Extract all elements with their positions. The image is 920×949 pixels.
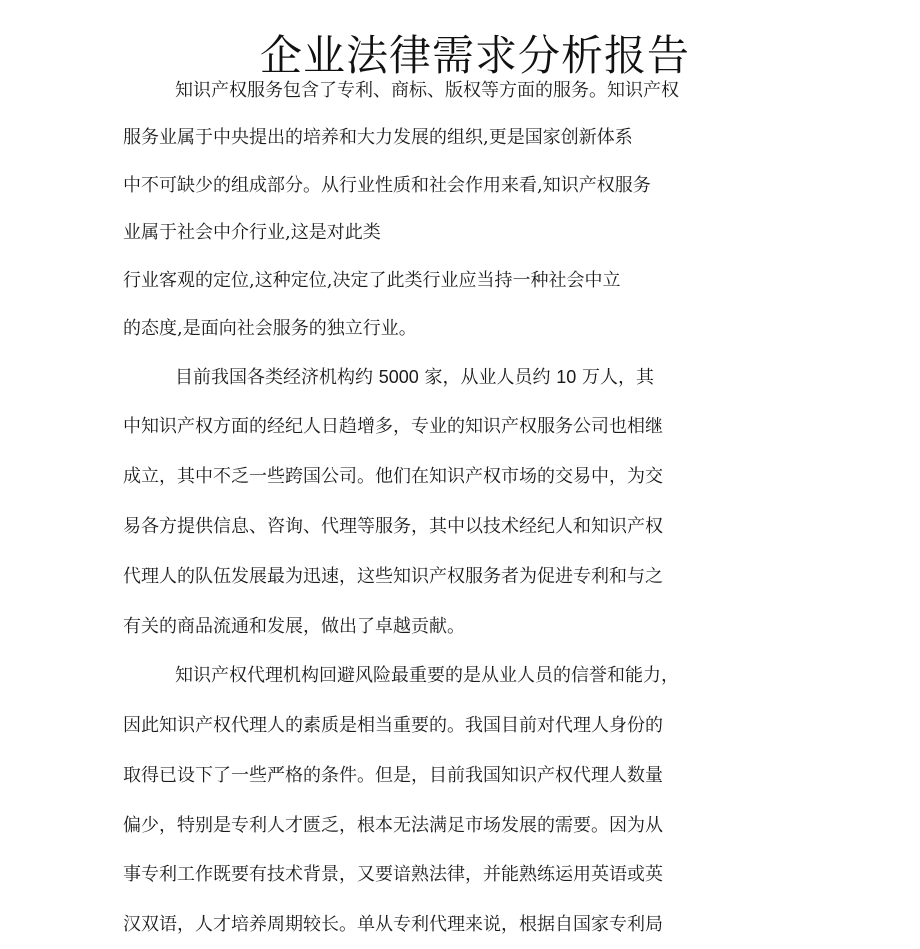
paragraph-1-line-6: 的态度,是面向社会服务的独立行业。 bbox=[123, 318, 417, 340]
document-page: 企业法律需求分析报告 知识产权服务包含了专利、商标、版权等方面的服务。知识产权 … bbox=[0, 0, 920, 949]
paragraph-2-line-4: 易各方提供信息、咨询、代理等服务，其中以技术经纪人和知识产权 bbox=[123, 516, 663, 538]
paragraph-1-line-5: 行业客观的定位,这种定位,决定了此类行业应当持一种社会中立 bbox=[123, 270, 620, 292]
paragraph-2-line-1: 目前我国各类经济机构约 5000 家，从业人员约 10 万人，其 bbox=[175, 366, 654, 389]
paragraph-2-line-2: 中知识产权方面的经纪人日趋增多，专业的知识产权服务公司也相继 bbox=[123, 416, 663, 438]
paragraph-1-line-1: 知识产权服务包含了专利、商标、版权等方面的服务。知识产权 bbox=[175, 80, 679, 102]
paragraph-2-line-3: 成立，其中不乏一些跨国公司。他们在知识产权市场的交易中，为交 bbox=[123, 466, 663, 488]
paragraph-3-line-3: 取得已设下了一些严格的条件。但是，目前我国知识产权代理人数量 bbox=[123, 765, 663, 787]
paragraph-1-line-3: 中不可缺少的组成部分。从行业性质和社会作用来看,知识产权服务 bbox=[123, 175, 651, 197]
paragraph-1-line-2: 服务业属于中央提出的培养和大力发展的组织,更是国家创新体系 bbox=[123, 127, 633, 149]
paragraph-1-line-4: 业属于社会中介行业,这是对此类 bbox=[123, 222, 381, 244]
paragraph-2-line-6: 有关的商品流通和发展，做出了卓越贡献。 bbox=[123, 616, 465, 638]
text-segment: 家，从业人员约 bbox=[419, 367, 556, 388]
paragraph-3-line-6: 汉双语，人才培养周期较长。单从专利代理来说，根据自国家专利局 bbox=[123, 914, 663, 936]
paragraph-2-line-5: 代理人的队伍发展最为迅速，这些知识产权服务者为促进专利和与之 bbox=[123, 566, 663, 588]
staff-count: 10 bbox=[556, 367, 576, 387]
document-title: 企业法律需求分析报告 bbox=[0, 30, 920, 82]
paragraph-3-line-1: 知识产权代理机构回避风险最重要的是从业人员的信誉和能力， bbox=[175, 665, 679, 687]
text-segment: 万人，其 bbox=[576, 367, 654, 388]
text-segment: 目前我国各类经济机构约 bbox=[175, 367, 379, 388]
paragraph-3-line-5: 事专利工作既要有技术背景，又要谙熟法律，并能熟练运用英语或英 bbox=[123, 864, 663, 886]
paragraph-3-line-2: 因此知识产权代理人的素质是相当重要的。我国目前对代理人身份的 bbox=[123, 715, 663, 737]
institution-count: 5000 bbox=[379, 367, 419, 387]
paragraph-3-line-4: 偏少，特别是专利人才匮乏，根本无法满足市场发展的需要。因为从 bbox=[123, 815, 663, 837]
